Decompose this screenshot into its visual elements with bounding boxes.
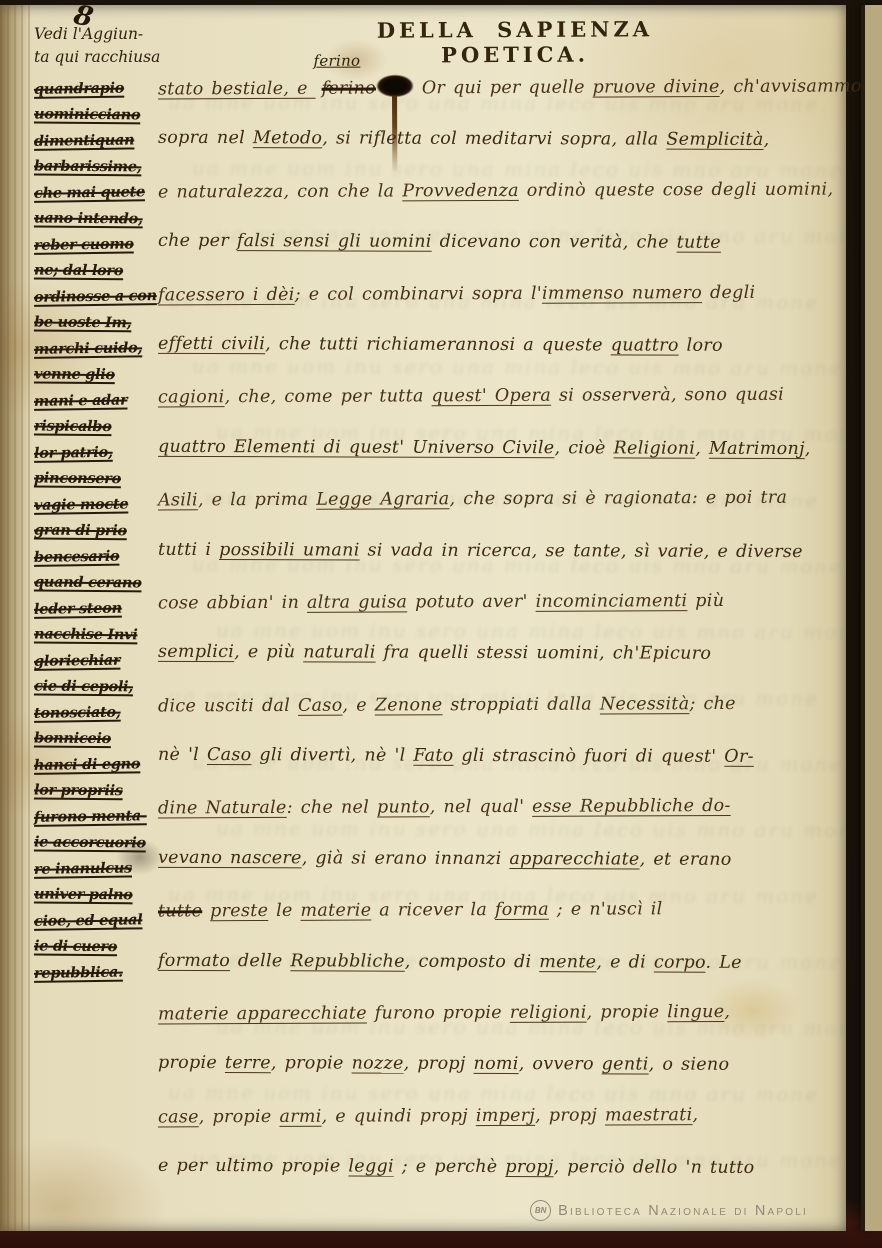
margin-struck-line: vagie mocte (34, 491, 156, 519)
text-segment: immenso numero (542, 283, 702, 304)
manuscript-line: dice usciti dal Caso, e Zenone stroppiat… (158, 678, 830, 732)
text-segment: furono propie (367, 1003, 510, 1024)
text-segment: Repubbliche (290, 951, 404, 971)
text-segment: Or qui per quelle (414, 78, 593, 99)
manuscript-line: tutti i possibili umani si vada in ricer… (158, 524, 830, 578)
margin-struck-line: be uoste Im, (34, 309, 156, 336)
margin-struck-line: bencesario (34, 543, 156, 571)
text-segment: , (764, 130, 770, 150)
text-segment: naturali (303, 643, 375, 663)
text-segment: , propie (587, 1002, 668, 1022)
manuscript-line: tutte preste le materie a ricever la for… (158, 884, 830, 938)
text-segment: , (692, 1105, 698, 1125)
margin-struck-line: lor propriis (34, 777, 156, 804)
margin-struck-line: venne glio (34, 361, 156, 388)
text-segment: , che sopra si è ragionata: e poi tra (449, 488, 787, 509)
margin-struck-line: ie di cuero (34, 933, 156, 960)
text-segment: , e la prima (198, 490, 316, 511)
margin-struck-line: mani e adar (34, 387, 156, 415)
manuscript-line: quattro Elementi di quest' Universo Civi… (158, 422, 830, 476)
text-segment: armi (279, 1107, 321, 1127)
margin-struck-line: cie di cepoli, (34, 673, 156, 700)
text-segment: , già si erano innanzi (302, 848, 510, 869)
margin-note-line: Vedi l'Aggiun- (34, 23, 156, 46)
text-segment: nè 'l (158, 745, 207, 765)
manuscript-line: vevano nascere, già si erano innanzi app… (158, 833, 830, 887)
margin-note-line: ta qui racchiusa (34, 46, 156, 69)
text-segment: propj (505, 1157, 553, 1177)
margin-struck-line: cioe, ed equal (34, 907, 156, 935)
text-segment: stroppiati dalla (442, 694, 599, 715)
text-segment: , propie (271, 1054, 352, 1074)
margin-struck-line: che mai quete (34, 179, 156, 207)
text-segment: nozze (352, 1054, 404, 1074)
text-segment: leggi (348, 1157, 394, 1177)
text-segment: Matrimonj (709, 438, 805, 458)
text-segment: , et erano (640, 849, 732, 869)
text-segment: gli divertì, nè 'l (251, 745, 413, 766)
margin-struck-line: hanci di egno (34, 751, 156, 779)
margin-struck-line: uano intendo, (34, 205, 156, 232)
text-segment: Zenone (375, 695, 443, 715)
text-segment: gli strascinò fuori di quest' (453, 746, 724, 767)
watermark: BN Biblioteca Nazionale di Napoli (530, 1200, 808, 1221)
text-segment: stato bestiale, e (158, 79, 316, 100)
text-segment: , nel qual' (430, 797, 532, 817)
text-segment: , e di (596, 952, 654, 972)
text-segment: . Le (705, 952, 741, 972)
margin-struck-line: uominicciano (34, 101, 156, 128)
manuscript-line: case, propie armi, e quindi propj imperj… (158, 1089, 830, 1143)
text-segment: dicevano con verità, che (432, 232, 677, 253)
manuscript-photo: ua mne uom inu sero una mina leco uis mn… (0, 0, 882, 1248)
text-segment: le (268, 901, 300, 921)
caret-mark: ^ (324, 84, 336, 98)
text-segment: preste (210, 901, 268, 921)
text-segment: , che, come per tutta (225, 387, 432, 408)
interlinear-insertion: ferino^ (316, 84, 322, 94)
watermark-label: Biblioteca Nazionale di Napoli (558, 1203, 808, 1219)
manuscript-line: dine Naturale: che nel punto, nel qual' … (158, 781, 830, 835)
text-segment: tutte (677, 233, 721, 253)
text-segment: che per (158, 231, 237, 251)
manuscript-line: facessero i dèi; e col combinarvi sopra … (158, 267, 830, 321)
text-segment: formato (158, 950, 230, 970)
margin-struck-line: gloriechiar (34, 647, 156, 675)
text-segment: Provvedenza (402, 181, 519, 202)
library-monogram-icon: BN (530, 1200, 551, 1221)
text-segment: possibili umani (219, 540, 360, 560)
margin-struck-line: univer palno (34, 881, 156, 908)
margin-struck-line: marchi cuido, (34, 335, 156, 363)
text-segment: a ricever la (371, 900, 495, 921)
margin-struck-line: ne; dal loro (34, 257, 156, 284)
text-segment: Semplicità (666, 130, 763, 150)
text-segment: ; e perchè (394, 1157, 506, 1177)
text-block: stato bestiale, e ferino^ferino Or qui p… (158, 63, 830, 1194)
text-segment: altra guisa (307, 592, 407, 612)
text-segment: potuto aver' (407, 592, 535, 613)
text-segment: quest' Opera (431, 386, 551, 407)
text-segment: Or- (724, 747, 754, 767)
text-segment: semplici (158, 642, 234, 662)
margin-column: Vedi l'Aggiun-ta qui racchiusa quandrapi… (34, 23, 156, 986)
text-segment: loro (679, 336, 723, 356)
manuscript-line: nè 'l Caso gli divertì, nè 'l Fato gli s… (158, 730, 830, 784)
margin-struck-line: lor patrio, (34, 439, 156, 467)
text-segment: , propj (535, 1105, 605, 1125)
text-segment: facessero i dèi (158, 284, 295, 305)
text-segment: Metodo (253, 129, 322, 149)
manuscript-line: formato delle Repubbliche, composto di m… (158, 935, 830, 989)
text-segment: e naturalezza, con che la (158, 181, 402, 202)
text-segment: quattro Elementi di quest' Universo Civi… (158, 437, 555, 458)
text-segment: , (805, 439, 811, 459)
text-segment: case (158, 1107, 199, 1127)
inserted-word: ferino (313, 53, 383, 67)
text-segment: Fato (413, 746, 453, 766)
text-segment: terre (225, 1053, 271, 1073)
text-segment: religioni (510, 1003, 587, 1023)
text-segment: , cioè (554, 438, 613, 458)
text-segment: punto (377, 798, 430, 818)
text-segment: , ovvero (519, 1055, 602, 1075)
margin-struck-line: furono menta- (34, 803, 156, 831)
text-segment: pruove divine (593, 77, 720, 98)
text-segment: e per ultimo propie (158, 1156, 348, 1177)
text-segment: , composto di (405, 951, 540, 971)
text-segment: genti (602, 1055, 649, 1075)
margin-struck-line: pinconsero (34, 465, 156, 492)
margin-struck-line: dimentiquan (34, 127, 156, 155)
text-segment: dice usciti dal (158, 696, 298, 717)
margin-struck-line: nacchise Invi (34, 621, 156, 648)
text-segment: corpo (654, 952, 706, 972)
text-segment: mente (539, 952, 596, 972)
text-segment: falsi sensi gli uomini (237, 231, 432, 252)
text-segment: Caso (207, 745, 252, 765)
margin-note: Vedi l'Aggiun-ta qui racchiusa (34, 23, 156, 69)
manuscript-line: cagioni, che, come per tutta quest' Oper… (158, 370, 830, 424)
margin-struck-line: barbarissime, (34, 153, 156, 180)
margin-struck-line: leder steon (34, 595, 156, 623)
text-segment: lingue (667, 1002, 724, 1022)
text-segment: imperj (476, 1106, 535, 1126)
manuscript-line: e naturalezza, con che la Provvedenza or… (158, 164, 830, 218)
text-segment: materie (300, 901, 371, 921)
manuscript-line: cose abbian' in altra guisa potuto aver'… (158, 575, 830, 629)
manuscript-line: e per ultimo propie leggi ; e perchè pro… (158, 1141, 830, 1195)
margin-struck-line: quandrapio (34, 75, 156, 103)
margin-struck-line: tonosciato, (34, 699, 156, 727)
text-segment: Caso (298, 695, 343, 715)
text-segment: , propie (199, 1107, 280, 1127)
text-segment: , che tutti richiamerannosi a queste (265, 334, 611, 355)
text-segment: incominciamenti (536, 591, 688, 612)
adjacent-page-edge (861, 5, 882, 1231)
manuscript-line: stato bestiale, e ferino^ferino Or qui p… (158, 62, 830, 116)
page: ua mne uom inu sero una mina leco uis mn… (0, 5, 846, 1231)
text-segment: cose abbian' in (158, 593, 307, 614)
text-segment: : che nel (287, 798, 377, 818)
margin-struck-line: reber cuomo (34, 231, 156, 259)
margin-struck-line: re inanulcus (34, 855, 156, 883)
text-segment: dine Naturale (158, 798, 287, 819)
ink-blot (376, 74, 414, 97)
text-segment: più (687, 591, 724, 611)
text-segment: ordinò queste cose degli uomini, (519, 179, 834, 200)
text-segment: si vada in ricerca, se tante, sì varie, … (360, 540, 803, 562)
text-segment: maestrati (605, 1105, 693, 1125)
text-segment: , si rifletta col meditarvi sopra, alla (322, 129, 666, 150)
text-segment: Necessità (600, 694, 690, 714)
text-segment: si osserverà, sono quasi (551, 385, 784, 406)
text-segment: Legge Agraria (316, 489, 449, 510)
margin-struck-line: bonniceio (34, 725, 156, 752)
text-segment: , (695, 438, 709, 458)
text-segment: cagioni (158, 388, 225, 408)
text-segment: fra quelli stessi uomini, ch'Epicuro (376, 643, 712, 664)
text-segment: ; che (689, 694, 735, 714)
text-segment: sopra nel (158, 128, 253, 148)
text-segment: tutti i (158, 539, 219, 559)
manuscript-line: che per falsi sensi gli uomini dicevano … (158, 216, 830, 270)
margin-struck-list: quandrapiouominiccianodimentiquanbarbari… (34, 76, 156, 986)
text-segment: , e (342, 695, 374, 715)
manuscript-line: semplici, e più naturali fra quelli stes… (158, 627, 830, 681)
text-segment: esse Repubbliche do- (532, 796, 731, 817)
binding-gutter (0, 5, 30, 1231)
text-segment: , e più (234, 642, 303, 662)
manuscript-line: sopra nel Metodo, si rifletta col medita… (158, 113, 830, 167)
margin-struck-line: quand cerano (34, 569, 156, 596)
text-segment: , o sieno (649, 1055, 730, 1075)
text-segment: , ch'avvisammo (720, 76, 862, 97)
text-segment: quattro (611, 335, 679, 355)
manuscript-line: effetti civili, che tutti richiamerannos… (158, 319, 830, 373)
margin-struck-line: ordinosse a con (34, 283, 156, 311)
text-segment: nomi (473, 1054, 518, 1074)
text-segment: propie (158, 1053, 225, 1073)
margin-struck-line: repubblica. (34, 959, 156, 987)
manuscript-line: propie terre, propie nozze, propj nomi, … (158, 1038, 830, 1092)
text-segment: forma (495, 900, 549, 920)
text-segment (202, 901, 210, 921)
text-segment: degli (702, 282, 755, 302)
manuscript-line: materie apparecchiate furono propie reli… (158, 987, 830, 1041)
margin-struck-line: rispicalbo (34, 413, 156, 440)
text-segment: ; e col combinarvi sopra l' (295, 283, 542, 304)
text-segment: Asili (158, 490, 198, 510)
manuscript-line: Asili, e la prima Legge Agraria, che sop… (158, 473, 830, 527)
text-segment: , e quindi propj (322, 1106, 476, 1127)
margin-struck-line: gran di prio (34, 517, 156, 544)
margin-struck-line: ie accorcuorio (34, 829, 156, 856)
text-segment: , perciò dello 'n tutto (554, 1157, 755, 1178)
text-segment: , (724, 1002, 730, 1022)
text-segment: Religioni (614, 438, 696, 458)
text-segment: , propj (404, 1054, 474, 1074)
text-segment: delle (230, 951, 290, 971)
text-segment: materie apparecchiate (158, 1004, 367, 1025)
text-segment: tutte (158, 902, 202, 922)
text-segment: apparecchiate (509, 849, 639, 869)
text-segment: ; e n'uscì il (549, 900, 663, 920)
text-segment: effetti civili (158, 334, 265, 354)
text-segment: vevano nascere (158, 848, 302, 869)
